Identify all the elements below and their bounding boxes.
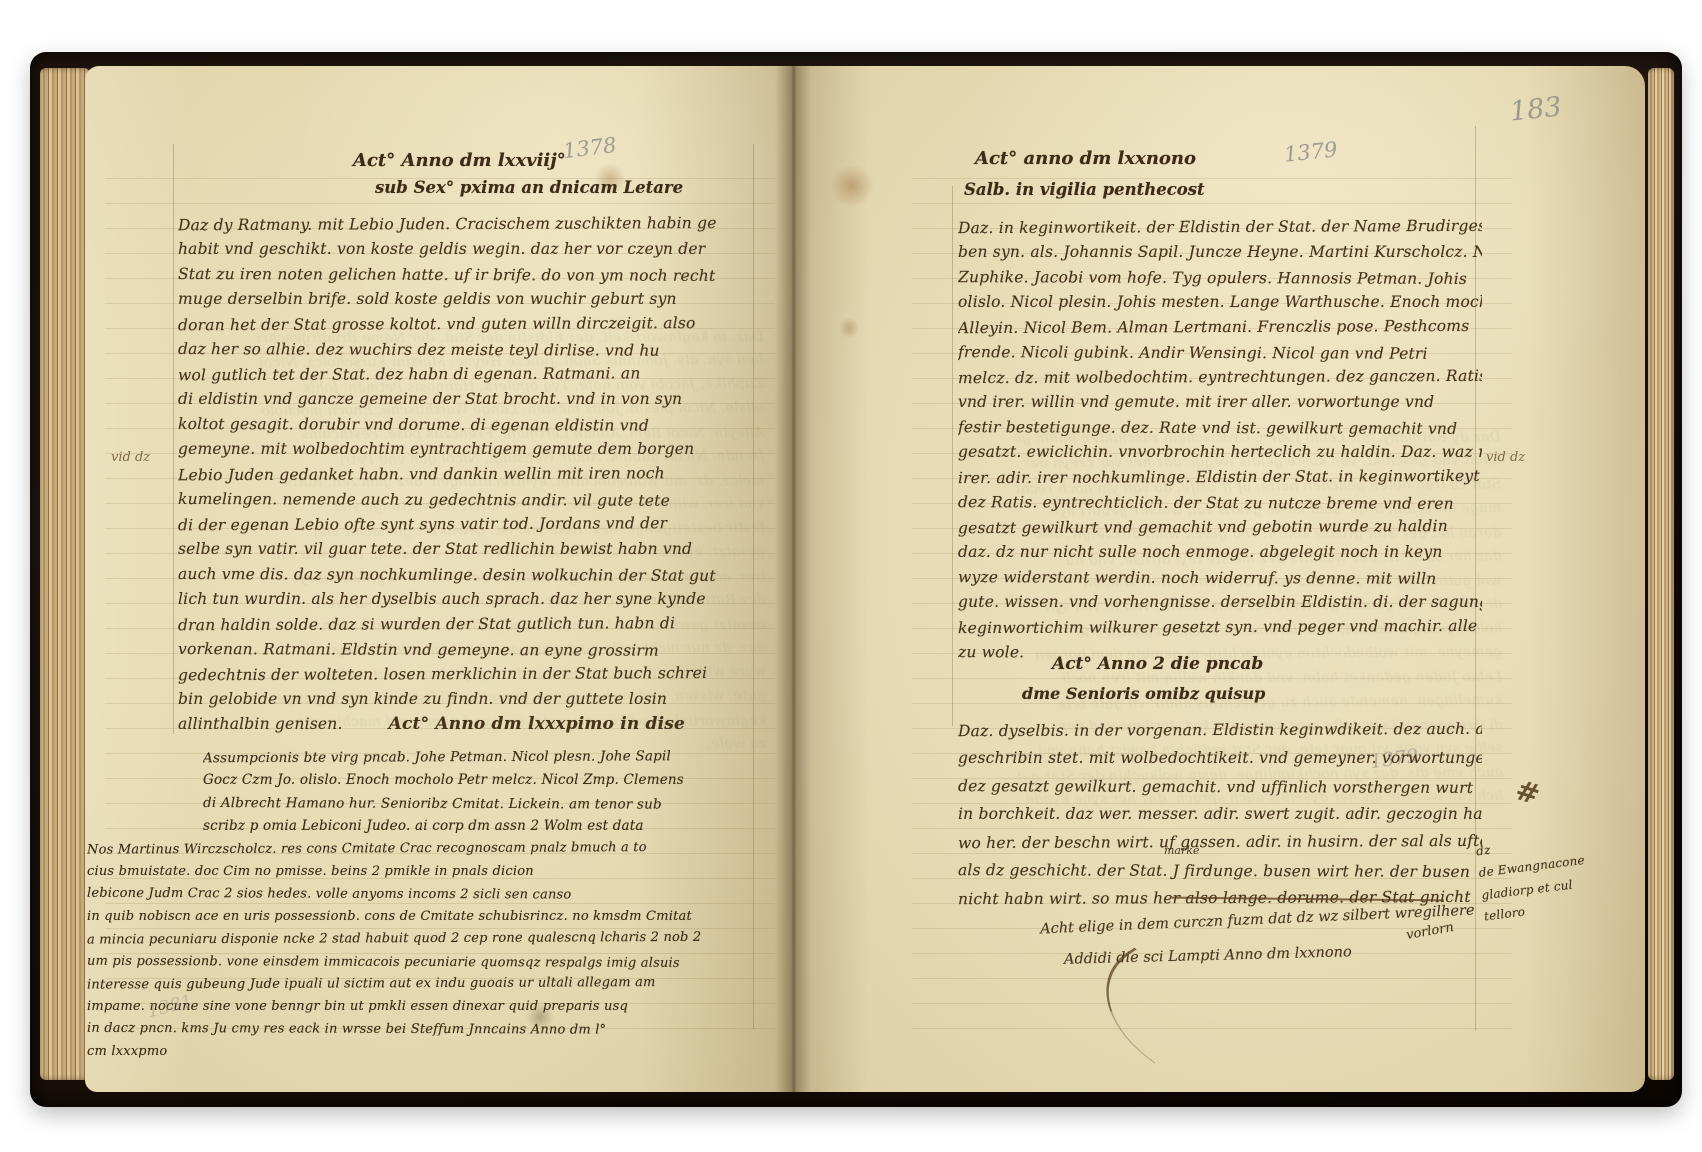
entry2-body: Daz. dyselbis. in der vorgenan. Eldistin… [958,716,1482,914]
margin-note-vid: vid dz [1486,450,1525,465]
manuscript-line: Daz dy Ratmany. mit Lebio Juden. Cracisc… [178,212,770,238]
manuscript-line: wol gutlich tet der Stat. dez habn di eg… [178,361,770,389]
manuscript-line: als dz geschicht. der Stat. J firdunge. … [958,856,1482,886]
manuscript-line: cm lxxxpmo [87,1041,792,1064]
folio-number: 183 [1509,91,1564,127]
manuscript-line: olislo. Nicol plesin. Johis mesten. Lang… [958,290,1482,315]
manuscript-line: Nos Martinus Wirczscholcz. res cons Cmit… [87,838,792,862]
manuscript-line: vorkenan. Ratmani. Eldstin vnd gemeyne. … [178,637,770,664]
manuscript-line: in quib nobiscn ace en uris possessionb.… [87,906,792,929]
manuscript-line: in dacz pncn. kms Ju cmy res eack in wrs… [87,1018,792,1043]
open-pages: Daz. in keginwortikeit. der Eldistin der… [85,66,1645,1092]
margin-rule-left [952,186,953,726]
manuscript-line: Lebio Juden gedanket habn. vnd dankin we… [178,461,770,489]
manuscript-line: festir bestetigunge. dez. Rate vnd ist. … [958,415,1482,442]
interlinear-note-marke: marke [1164,844,1199,857]
manuscript-line: Daz. in keginwortikeit. der Eldistin der… [958,215,1482,241]
entry2-latin-upper: Assumpcionis bte virg pncab. Johe Petman… [203,746,783,840]
manuscript-line: daz her so alhie. dez wuchirs dez meiste… [178,337,770,364]
stain [828,166,876,206]
manuscript-line: kumelingen. nemende auch zu gedechtnis a… [178,487,770,514]
manuscript-line: wo her. der beschn wirt. uf gassen. adir… [958,827,1482,857]
margin-note-vid: vid dz [111,450,150,465]
entry1-heading-line2: Salb. in vigilia penthecost [964,180,1205,199]
manuscript-line: doran het der Stat grosse koltot. vnd gu… [178,311,770,339]
manuscript-line: keginwortichim wilkurer gesetzt syn. vnd… [958,614,1482,641]
hash-mark: # [1511,773,1544,812]
manuscript-line: vnd irer. willin vnd gemute. mit irer al… [958,390,1482,415]
photo-background: Daz. in keginwortikeit. der Eldistin der… [0,0,1702,1152]
entry2-inline-heading: Act° Anno dm lxxxpimo in dise [389,714,686,734]
addendum-line2: Addidi die sci Lampti Anno dm lxxnono [1064,944,1352,968]
fore-edge-right [1648,68,1674,1080]
entry2-heading-line1: Act° Anno 2 die pncab [1052,654,1263,674]
manuscript-line: auch vme dis. daz syn nochkumlinge. desi… [178,562,770,589]
margin-rule-left [173,144,174,734]
manuscript-line: Assumpcionis bte virg pncab. Johe Petman… [203,746,783,770]
entry1-heading-line2: sub Sex° pxima an dnicam Letare [375,178,683,197]
manuscript-line: melcz. dz. mit wolbedochtim. eyntrechtun… [958,364,1482,391]
closing-text: allinthalbin genisen. [178,715,343,733]
manuscript-line: in borchkeit. daz wer. messer. adir. swe… [958,800,1482,828]
right-page: Daz dy Ratmany. mit Lebio Juden. Cracisc… [792,66,1645,1092]
manuscript-line: irer. adir. irer nochkumlinge. Eldistin … [958,464,1482,491]
entry1-body: Daz. in keginwortikeit. der Eldistin der… [958,215,1482,667]
manuscript-line: bin gelobide vn vnd syn kinde zu findn. … [178,687,770,712]
manuscript-line: dez gesatzt gewilkurt. gemachit. vnd uff… [958,772,1482,802]
manuscript-line: cius bmuistate. doc Cim no pmisse. beins… [87,861,792,884]
pencil-date-1379: 1379 [1283,137,1339,166]
manuscript-line: gute. wissen. vnd vorhengnisse. derselbi… [958,590,1482,615]
manuscript-line: interesse quis gubeung Jude ipuali ul si… [87,971,792,997]
manuscript-line: gesatzt. ewiclichin. vnvorbrochin hertec… [958,440,1482,465]
manuscript-line: muge derselbin brife. sold koste geldis … [178,287,770,312]
pencil-date-1378: 1378 [562,133,618,163]
entry1-heading-line1: Act° Anno dm lxxviij° [353,150,566,171]
manuscript-line: lebicone Judm Crac 2 sios hedes. volle a… [87,883,792,908]
manuscript-line: daz. dz nur nicht sulle noch enmoge. abg… [958,540,1482,565]
book: Daz. in keginwortikeit. der Eldistin der… [30,52,1682,1107]
entry2-latin-lower: Nos Martinus Wirczscholcz. res cons Cmit… [87,838,792,1066]
manuscript-line: selbe syn vatir. vil guar tete. der Stat… [178,537,770,562]
manuscript-line: gesatzt gewilkurt vnd gemachit vnd gebot… [958,514,1482,541]
manuscript-line: Stat zu iren noten gelichen hatte. uf ir… [178,262,770,289]
manuscript-line: scribz p omia Lebiconi Judeo. ai corp dm… [203,815,783,838]
margin-note-latin: dzde Ewangnaconegladiorp et cultelloro [1475,821,1645,936]
manuscript-line: Gocz Czm Jo. olislo. Enoch mocholo Petr … [203,769,783,792]
left-page: Daz. in keginwortikeit. der Eldistin der… [85,66,792,1092]
manuscript-line: wyze widerstant werdin. noch widerruf. y… [958,565,1482,592]
entry1-body: Daz dy Ratmany. mit Lebio Juden. Cracisc… [178,212,770,714]
manuscript-line: geschribin stet. mit wolbedochtikeit. vn… [958,744,1482,772]
manuscript-line: Zuphike. Jacobi vom hofe. Tyg opulers. H… [958,265,1482,292]
manuscript-line: dran haldin solde. daz si wurden der Sta… [178,611,770,639]
addendum-word-vorlorn: vorlorn [1405,920,1455,943]
manuscript-line: Alleyin. Nicol Bem. Alman Lertmani. Fren… [958,314,1482,341]
manuscript-line: a mincia pecuniaru disponie ncke 2 stad … [87,926,792,952]
manuscript-line: habit vnd geschikt. von koste geldis weg… [178,237,770,262]
manuscript-line: gedechtnis der wolteten. losen merklichi… [178,661,770,689]
manuscript-line: di der egenan Lebio ofte synt syns vatir… [178,511,770,539]
entry1-heading-line1: Act° anno dm lxxnono [975,148,1196,169]
stain [838,318,860,338]
manuscript-line: di Albrecht Hamano hur. Senioribz Cmitat… [203,792,783,817]
manuscript-line: koltot gesagit. dorubir vnd dorume. di e… [178,412,770,439]
fore-edge-left [40,68,90,1080]
entry2-heading-line2: dme Senioris omibz quisup [1022,684,1265,703]
manuscript-line: ben syn. als. Johannis Sapil. Juncze Hey… [958,240,1482,265]
entry1-closing-line: allinthalbin genisen.Act° Anno dm lxxxpi… [178,714,685,734]
manuscript-line: Daz. dyselbis. in der vorgenan. Eldistin… [958,716,1482,745]
manuscript-line: di eldistin vnd gancze gemeine der Stat … [178,387,770,412]
manuscript-line: frende. Nicoli gubink. Andir Wensingi. N… [958,340,1482,367]
manuscript-line: lich tun wurdin. als her dyselbis auch s… [178,587,770,612]
manuscript-line: gemeyne. mit wolbedochtim eyntrachtigem … [178,437,770,462]
manuscript-line: dez Ratis. eyntrechticlich. der Stat zu … [958,490,1482,517]
